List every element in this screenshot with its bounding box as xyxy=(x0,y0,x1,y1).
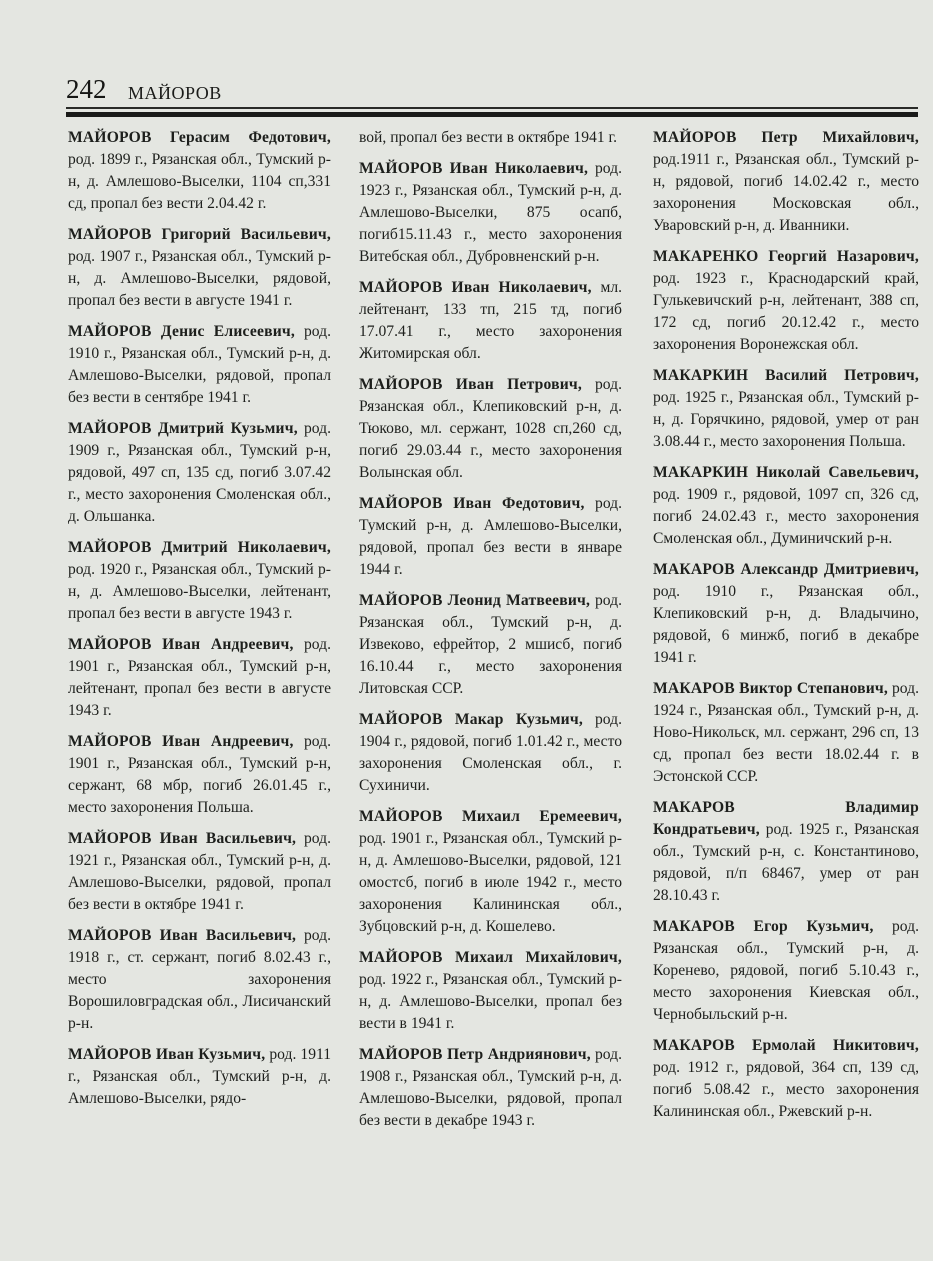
entry-name: МАКАРЕНКО Георгий Назарович, xyxy=(653,248,919,265)
entry: МАЙОРОВ Михаил Михайлович, род. 1922 г.,… xyxy=(359,947,622,1035)
entry-name: МАЙОРОВ Михаил Еремеевич, xyxy=(359,808,622,825)
page-header: 242 МАЙОРОВ xyxy=(66,74,918,104)
entry-name: МАЙОРОВ Иван Николаевич, xyxy=(359,279,592,296)
entry: МАЙОРОВ Иван Федотович, род. Тумский р-н… xyxy=(359,493,622,581)
entry-text: род. 1923 г., Краснодарский край, Гульке… xyxy=(653,270,919,353)
entry: МАЙОРОВ Иван Николаевич, род. 1923 г., Р… xyxy=(359,158,622,268)
entry-name: МАЙОРОВ Иван Васильевич, xyxy=(68,830,296,847)
entry-name: МАЙОРОВ Макар Кузьмич, xyxy=(359,711,583,728)
entry-name: МАЙОРОВ Денис Елисеевич, xyxy=(68,323,295,340)
entry-name: МАКАРОВ Егор Кузьмич, xyxy=(653,918,874,935)
entry: МАЙОРОВ Иван Васильевич, род. 1921 г., Р… xyxy=(68,828,331,916)
page-number: 242 xyxy=(66,74,107,104)
entry-text: род. 1909 г., рядовой, 1097 сп, 326 сд, … xyxy=(653,486,919,547)
entry: МАЙОРОВ Денис Елисеевич, род. 1910 г., Р… xyxy=(68,321,331,409)
entry-name: МАКАРОВ Ермолай Никитович, xyxy=(653,1037,919,1054)
entry-name: МАЙОРОВ Иван Петрович, xyxy=(359,376,582,393)
entry-name: МАЙОРОВ Иван Васильевич, xyxy=(68,927,296,944)
entry: МАКАРОВ Ермолай Никитович, род. 1912 г.,… xyxy=(653,1035,919,1123)
entry-name: МАЙОРОВ Михаил Михайлович, xyxy=(359,949,622,966)
entry-name: МАЙОРОВ Леонид Матвеевич, xyxy=(359,592,590,609)
entry-name: МАЙОРОВ Петр Андриянович, xyxy=(359,1046,591,1063)
entry-name: МАЙОРОВ Иван Федотович, xyxy=(359,495,585,512)
entry: МАКАРКИН Николай Савельевич, род. 1909 г… xyxy=(653,462,919,550)
entry-text: род. 1920 г., Рязанская обл., Тумский р-… xyxy=(68,561,331,622)
entry-text: род. 1910 г., Рязанская обл., Клепиковск… xyxy=(653,583,919,666)
entry: МАЙОРОВ Михаил Еремеевич, род. 1901 г., … xyxy=(359,806,622,938)
column-3: МАЙОРОВ Петр Михайлович, род.1911 г., Ря… xyxy=(653,127,919,1132)
entry: МАЙОРОВ Макар Кузьмич, род. 1904 г., ряд… xyxy=(359,709,622,797)
entry: МАЙОРОВ Леонид Матвеевич, род. Рязанская… xyxy=(359,590,622,700)
header-rule-thick xyxy=(66,112,918,117)
entry-name: МАЙОРОВ Дмитрий Кузьмич, xyxy=(68,420,298,437)
entry: МАЙОРОВ Петр Михайлович, род.1911 г., Ря… xyxy=(653,127,919,237)
entry-text: род. 1912 г., рядовой, 364 сп, 139 сд, п… xyxy=(653,1059,919,1120)
entry-name: МАЙОРОВ Иван Андреевич, xyxy=(68,636,294,653)
entry-name: МАКАРКИН Василий Петрович, xyxy=(653,367,919,384)
entry: МАЙОРОВ Иван Андреевич, род. 1901 г., Ря… xyxy=(68,731,331,819)
entry-text: род. 1901 г., Рязанская обл., Тумский р-… xyxy=(359,830,622,935)
entry-name: МАЙОРОВ Иван Николаевич, xyxy=(359,160,588,177)
entry: МАЙОРОВ Петр Андриянович, род. 1908 г., … xyxy=(359,1044,622,1132)
entry-text: род. 1899 г., Рязанская обл., Тумский р-… xyxy=(68,151,331,212)
entry: МАЙОРОВ Герасим Федотович, род. 1899 г.,… xyxy=(68,127,331,215)
entry-name: МАКАРОВ Виктор Степанович, xyxy=(653,680,888,697)
entry: МАЙОРОВ Иван Васильевич, род. 1918 г., с… xyxy=(68,925,331,1035)
entry-name: МАЙОРОВ Иван Андреевич, xyxy=(68,733,294,750)
entry-name: МАЙОРОВ Григорий Васильевич, xyxy=(68,226,331,243)
entry: МАКАРЕНКО Георгий Назарович, род. 1923 г… xyxy=(653,246,919,356)
entry: МАКАРОВ Владимир Кондратьевич, род. 1925… xyxy=(653,797,919,907)
entry: МАЙОРОВ Иван Николаевич, мл. лейтенант, … xyxy=(359,277,622,365)
entry: МАЙОРОВ Иван Андреевич, род. 1901 г., Ря… xyxy=(68,634,331,722)
entry-text: род. 1922 г., Рязанская обл., Тумский р-… xyxy=(359,971,622,1032)
entry: МАЙОРОВ Иван Кузьмич, род. 1911 г., Ряза… xyxy=(68,1044,331,1110)
entry-name: МАЙОРОВ Иван Кузьмич, xyxy=(68,1046,265,1063)
entry: МАКАРОВ Егор Кузьмич, род. Рязанская обл… xyxy=(653,916,919,1026)
entry-text: род. 1925 г., Рязанская обл., Тумский р-… xyxy=(653,389,919,450)
entry-name: МАКАРКИН Николай Савельевич, xyxy=(653,464,919,481)
entry: МАЙОРОВ Иван Петрович, род. Рязанская об… xyxy=(359,374,622,484)
entry-name: МАЙОРОВ Дмитрий Николаевич, xyxy=(68,539,331,556)
entry: МАЙОРОВ Дмитрий Николаевич, род. 1920 г.… xyxy=(68,537,331,625)
running-head: МАЙОРОВ xyxy=(128,82,222,104)
entry: МАКАРКИН Василий Петрович, род. 1925 г.,… xyxy=(653,365,919,453)
entry-name: МАКАРОВ Александр Дмитриевич, xyxy=(653,561,919,578)
entry: МАКАРОВ Виктор Степанович, род. 1924 г.,… xyxy=(653,678,919,788)
entry-text: род.1911 г., Рязанская обл., Тумский р-н… xyxy=(653,151,919,234)
entry-name: МАЙОРОВ Герасим Федотович, xyxy=(68,129,331,146)
entry: МАЙОРОВ Григорий Васильевич, род. 1907 г… xyxy=(68,224,331,312)
entry-continuation: вой, пропал без вести в октябре 1941 г. xyxy=(359,127,622,149)
entry: МАЙОРОВ Дмитрий Кузьмич, род. 1909 г., Р… xyxy=(68,418,331,528)
column-2: вой, пропал без вести в октябре 1941 г. … xyxy=(359,127,622,1141)
entry-text: род. 1907 г., Рязанская обл., Тумский р-… xyxy=(68,248,331,309)
entry-name: МАЙОРОВ Петр Михайлович, xyxy=(653,129,919,146)
header-rule-thin xyxy=(66,107,918,109)
column-1: МАЙОРОВ Герасим Федотович, род. 1899 г.,… xyxy=(68,127,331,1119)
entry: МАКАРОВ Александр Дмитриевич, род. 1910 … xyxy=(653,559,919,669)
